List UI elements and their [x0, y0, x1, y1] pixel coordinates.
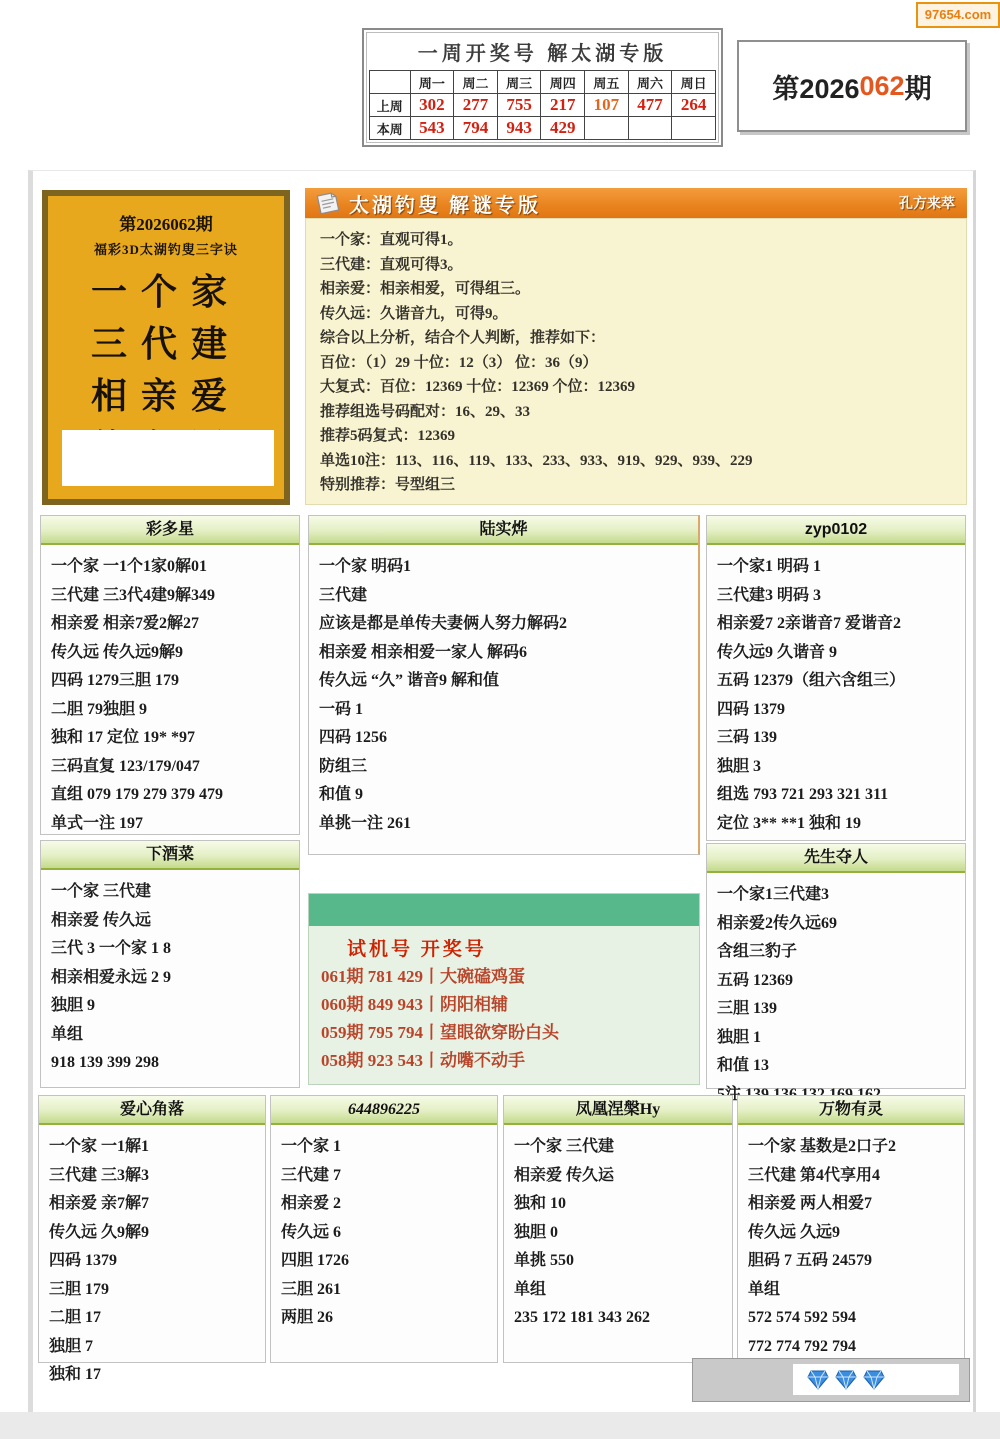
panel-title: 爱心角落	[39, 1096, 265, 1125]
week-table-row-lastweek: 上周 302 277 755 217 107 477 264	[370, 94, 716, 117]
day-header: 周日	[672, 71, 716, 94]
panel-body: 一个家 三代建相亲爱 传久远三代 3 一个家 1 8相亲相爱永远 2 9独胆 9…	[41, 870, 299, 1086]
issue-suffix: 期	[905, 67, 932, 106]
panel-title: 644896225	[271, 1096, 497, 1125]
draw-number: 217	[541, 94, 585, 117]
text-line: 传久远 传久远9解9	[51, 639, 289, 668]
day-header: 周四	[541, 71, 585, 94]
text-line: 单组	[51, 1021, 289, 1050]
text-line: 传久远 久9解9	[49, 1219, 255, 1248]
text-line: 三码 139	[717, 724, 955, 753]
panel-lushiye: 陆实烨 一个家 明码1三代建应该是都是单传夫妻俩人努力解码2相亲爱 相亲相爱一家…	[308, 515, 700, 855]
diamond-icon	[835, 1370, 857, 1390]
draw-number	[628, 117, 672, 140]
text-line: 防组三	[319, 753, 688, 782]
text-line: 三胆 179	[49, 1276, 255, 1305]
text-line: 235 172 181 343 262	[514, 1304, 722, 1333]
draw-number: 477	[628, 94, 672, 117]
text-line: 一个家 明码1	[319, 553, 688, 582]
blank-area	[62, 430, 274, 486]
text-line: 918 139 399 298	[51, 1049, 289, 1078]
panel-body: 一个家 明码1三代建应该是都是单传夫妻俩人努力解码2相亲爱 相亲相爱一家人 解码…	[309, 545, 698, 846]
text-line: 三代建 三3解3	[49, 1162, 255, 1191]
text-line: 独胆 3	[717, 753, 955, 782]
text-line: 三代 3 一个家 1 8	[51, 935, 289, 964]
panel-644896225: 644896225 一个家 1三代建 7相亲爱 2传久远 6四胆 1726三胆 …	[270, 1095, 498, 1363]
draw-number: 794	[454, 117, 498, 140]
scroll-icon	[315, 191, 341, 215]
text-line: 四胆 1726	[281, 1247, 487, 1276]
text-line: 单挑一注 261	[319, 810, 688, 839]
text-line: 一个家 基数是2口子2	[748, 1133, 954, 1162]
text-line: 两胆 26	[281, 1304, 487, 1333]
panel-fenghuang: 凤凰涅槃Hy 一个家 三代建相亲爱 传久运独和 10独胆 0单挑 550单组23…	[503, 1095, 733, 1363]
text-line: 相亲爱 两人相爱7	[748, 1190, 954, 1219]
text-line: 传久远 “久” 谐音9 解和值	[319, 667, 688, 696]
text-line: 相亲爱7 2亲谐音7 爱谐音2	[717, 610, 955, 639]
panel-zyp0102: zyp0102 一个家1 明码 1三代建3 明码 3相亲爱7 2亲谐音7 爱谐音…	[706, 515, 966, 841]
text-line: 三胆 139	[717, 995, 955, 1024]
draw-history-row: 059期 795 794丨望眼欲穿盼白头	[309, 1019, 699, 1047]
panel-title: 凤凰涅槃Hy	[504, 1096, 732, 1125]
draw-history-panel: 试机号 开奖号 061期 781 429丨大碗磕鸡蛋060期 849 943丨阴…	[308, 893, 700, 1085]
text-line: 五码 12369	[717, 967, 955, 996]
day-header: 周五	[585, 71, 629, 94]
analysis-line: 三代建：直观可得3。	[320, 253, 952, 278]
text-line: 四码 1279三胆 179	[51, 667, 289, 696]
analysis-line: 推荐5码复式：12369	[320, 424, 952, 449]
week-table-row-thisweek: 本周 543 794 943 429	[370, 117, 716, 140]
panel-title: 彩多星	[41, 516, 299, 545]
draw-number: 107	[585, 94, 629, 117]
panel-wanwu: 万物有灵 一个家 基数是2口子2三代建 第4代享用4相亲爱 两人相爱7传久远 久…	[737, 1095, 965, 1363]
panel-body: 一个家 一1解1三代建 三3解3相亲爱 亲7解7传久远 久9解9四码 1379三…	[39, 1125, 265, 1398]
draw-number	[672, 117, 716, 140]
text-line: 相亲爱 相亲7爱2解27	[51, 610, 289, 639]
panel-title: 陆实烨	[309, 516, 698, 545]
row-label: 本周	[370, 117, 411, 140]
text-line: 三代建 三3代4建9解349	[51, 582, 289, 611]
gold-riddle-panel: 第2026062期 福彩3D太湖钓叟三字诀 一个家三代建相亲爱传久远	[42, 190, 290, 505]
panel-body: 一个家1三代建3相亲爱2传久远69含组三豹子五码 12369三胆 139独胆 1…	[707, 873, 965, 1117]
text-line: 和值 9	[319, 781, 688, 810]
text-line: 五码 12379（组六含组三）	[717, 667, 955, 696]
text-line: 三代建 第4代享用4	[748, 1162, 954, 1191]
text-line: 三代建 7	[281, 1162, 487, 1191]
panel-body: 一个家 基数是2口子2三代建 第4代享用4相亲爱 两人相爱7传久远 久远9胆码 …	[738, 1125, 964, 1369]
text-line: 一个家 一1个1家0解01	[51, 553, 289, 582]
text-line: 含组三豹子	[717, 938, 955, 967]
panel-body: 一个家 1三代建 7相亲爱 2传久远 6四胆 1726三胆 261两胆 26	[271, 1125, 497, 1341]
footer-diamond-box	[793, 1364, 959, 1395]
draw-number: 302	[410, 94, 454, 117]
week-table-header-row: 周一 周二 周三 周四 周五 周六 周日	[370, 71, 716, 94]
text-line: 组选 793 721 293 321 311	[717, 781, 955, 810]
day-header: 周六	[628, 71, 672, 94]
draw-number: 943	[497, 117, 541, 140]
week-table: 周一 周二 周三 周四 周五 周六 周日 上周 302 277 755 217 …	[369, 70, 716, 140]
panel-body: 一个家1 明码 1三代建3 明码 3相亲爱7 2亲谐音7 爱谐音2传久远9 久谐…	[707, 545, 965, 846]
panel-body: 一个家 一1个1家0解01三代建 三3代4建9解349相亲爱 相亲7爱2解27传…	[41, 545, 299, 846]
gold-issue: 第2026062期	[48, 210, 284, 235]
text-line: 相亲爱 传久远	[51, 907, 289, 936]
panel-caiduoxing: 彩多星 一个家 一1个1家0解01三代建 三3代4建9解349相亲爱 相亲7爱2…	[40, 515, 300, 835]
diamond-icon	[807, 1370, 829, 1390]
main-header-right-label: 孔方来萃	[899, 193, 955, 213]
panel-title: zyp0102	[707, 516, 965, 545]
text-line: 二胆 17	[49, 1304, 255, 1333]
diamond-icon	[863, 1370, 885, 1390]
analysis-line: 一个家：直观可得1。	[320, 228, 952, 253]
day-header: 周二	[454, 71, 498, 94]
text-line: 一个家 1	[281, 1133, 487, 1162]
corner-cell	[370, 71, 411, 94]
draw-history-row: 061期 781 429丨大碗磕鸡蛋	[309, 963, 699, 991]
panel-xiansheng: 先生夺人 一个家1三代建3相亲爱2传久远69含组三豹子五码 12369三胆 13…	[706, 843, 966, 1089]
panel-aixin: 爱心角落 一个家 一1解1三代建 三3解3相亲爱 亲7解7传久远 久9解9四码 …	[38, 1095, 266, 1363]
text-line: 四码 1256	[319, 724, 688, 753]
analysis-line: 大复式：百位：12369 十位：12369 个位：12369	[320, 375, 952, 400]
text-line: 相亲爱 2	[281, 1190, 487, 1219]
text-line: 一个家 一1解1	[49, 1133, 255, 1162]
text-line: 相亲爱 传久运	[514, 1162, 722, 1191]
text-line: 胆码 7 五码 24579	[748, 1247, 954, 1276]
text-line: 独胆 1	[717, 1024, 955, 1053]
gold-subtitle: 福彩3D太湖钓叟三字诀	[48, 239, 284, 258]
weekly-results-title: 一周开奖号 解太湖专版	[369, 37, 716, 66]
text-line: 三胆 261	[281, 1276, 487, 1305]
text-line: 一码 1	[319, 696, 688, 725]
text-line: 定位 3** **1 独和 19	[717, 810, 955, 839]
riddle-line: 相亲爱	[48, 370, 284, 422]
day-header: 周三	[497, 71, 541, 94]
panel-title: 万物有灵	[738, 1096, 964, 1125]
issue-prefix: 第2026	[772, 67, 859, 106]
text-line: 独胆 0	[514, 1219, 722, 1248]
bottom-strip	[0, 1412, 1000, 1439]
issue-number-box: 第2026062期	[737, 40, 967, 132]
text-line: 和值 13	[717, 1052, 955, 1081]
text-line: 单组	[514, 1276, 722, 1305]
draw-history-row: 060期 849 943丨阴阳相辅	[309, 991, 699, 1019]
text-line: 单组	[748, 1276, 954, 1305]
text-line: 传久远 久远9	[748, 1219, 954, 1248]
draw-number: 429	[541, 117, 585, 140]
text-line: 772 774 792 794	[748, 1333, 954, 1362]
text-line: 独和 17	[49, 1361, 255, 1390]
panel-title: 先生夺人	[707, 844, 965, 873]
riddle-line: 一个家	[48, 266, 284, 318]
analysis-line: 相亲爱：相亲相爱，可得组三。	[320, 277, 952, 302]
text-line: 独和 17 定位 19* *97	[51, 724, 289, 753]
text-line: 一个家1 明码 1	[717, 553, 955, 582]
analysis-line: 百位：（1）29 十位：12（3） 位：36（9）	[320, 351, 952, 376]
text-line: 二胆 79独胆 9	[51, 696, 289, 725]
text-line: 相亲相爱永远 2 9	[51, 964, 289, 993]
text-line: 传久远 6	[281, 1219, 487, 1248]
draw-number: 755	[497, 94, 541, 117]
draw-history-row: 058期 923 543丨动嘴不动手	[309, 1047, 699, 1075]
text-line: 独胆 9	[51, 992, 289, 1021]
weekly-results-inner: 一周开奖号 解太湖专版 周一 周二 周三 周四 周五 周六 周日 上周 302 …	[366, 32, 719, 143]
draw-history-rows: 061期 781 429丨大碗磕鸡蛋060期 849 943丨阴阳相辅059期 …	[309, 963, 699, 1075]
analysis-line: 推荐组选号码配对：16、29、33	[320, 400, 952, 425]
text-line: 单式一注 197	[51, 810, 289, 839]
text-line: 直组 079 179 279 379 479	[51, 781, 289, 810]
main-header: 太湖钓叟 解谜专版 孔方来萃	[305, 188, 967, 218]
text-line: 相亲爱2传久远69	[717, 910, 955, 939]
analysis-line: 传久远：久谐音九，可得9。	[320, 302, 952, 327]
site-badge[interactable]: 97654.com	[916, 2, 1000, 28]
text-line: 传久远9 久谐音 9	[717, 639, 955, 668]
text-line: 三码直复 123/179/047	[51, 753, 289, 782]
draw-history-header	[309, 894, 699, 926]
text-line: 572 574 592 594	[748, 1304, 954, 1333]
text-line: 四码 1379	[49, 1247, 255, 1276]
panel-xiajiucai: 下酒菜 一个家 三代建相亲爱 传久远三代 3 一个家 1 8相亲相爱永远 2 9…	[40, 840, 300, 1088]
analysis-line: 单选10注：113、116、119、133、233、933、919、929、93…	[320, 449, 952, 474]
analysis-line: 特别推荐：号型组三	[320, 473, 952, 498]
text-line: 独和 10	[514, 1190, 722, 1219]
weekly-results-box: 一周开奖号 解太湖专版 周一 周二 周三 周四 周五 周六 周日 上周 302 …	[362, 28, 723, 147]
draw-number	[585, 117, 629, 140]
draw-number: 543	[410, 117, 454, 140]
riddle-line: 三代建	[48, 318, 284, 370]
text-line: 三代建3 明码 3	[717, 582, 955, 611]
draw-number: 264	[672, 94, 716, 117]
text-line: 单挑 550	[514, 1247, 722, 1276]
day-header: 周一	[410, 71, 454, 94]
panel-body: 一个家 三代建相亲爱 传久运独和 10独胆 0单挑 550单组235 172 1…	[504, 1125, 732, 1341]
page: 97654.com 一周开奖号 解太湖专版 周一 周二 周三 周四 周五 周六 …	[0, 0, 1000, 1439]
text-line: 一个家 三代建	[51, 878, 289, 907]
text-line: 独胆 7	[49, 1333, 255, 1362]
draw-history-title: 试机号 开奖号	[309, 926, 699, 963]
text-line: 一个家 三代建	[514, 1133, 722, 1162]
footer-bar	[692, 1358, 970, 1402]
analysis-panel: 一个家：直观可得1。三代建：直观可得3。相亲爱：相亲相爱，可得组三。传久远：久谐…	[305, 218, 967, 505]
text-line: 三代建	[319, 582, 688, 611]
row-label: 上周	[370, 94, 411, 117]
draw-number: 277	[454, 94, 498, 117]
main-title: 太湖钓叟 解谜专版	[349, 189, 541, 218]
issue-number: 062	[860, 71, 905, 102]
analysis-line: 综合以上分析，结合个人判断，推荐如下：	[320, 326, 952, 351]
text-line: 相亲爱 相亲相爱一家人 解码6	[319, 639, 688, 668]
text-line: 应该是都是单传夫妻俩人努力解码2	[319, 610, 688, 639]
text-line: 一个家1三代建3	[717, 881, 955, 910]
text-line: 相亲爱 亲7解7	[49, 1190, 255, 1219]
panel-title: 下酒菜	[41, 841, 299, 870]
text-line: 四码 1379	[717, 696, 955, 725]
